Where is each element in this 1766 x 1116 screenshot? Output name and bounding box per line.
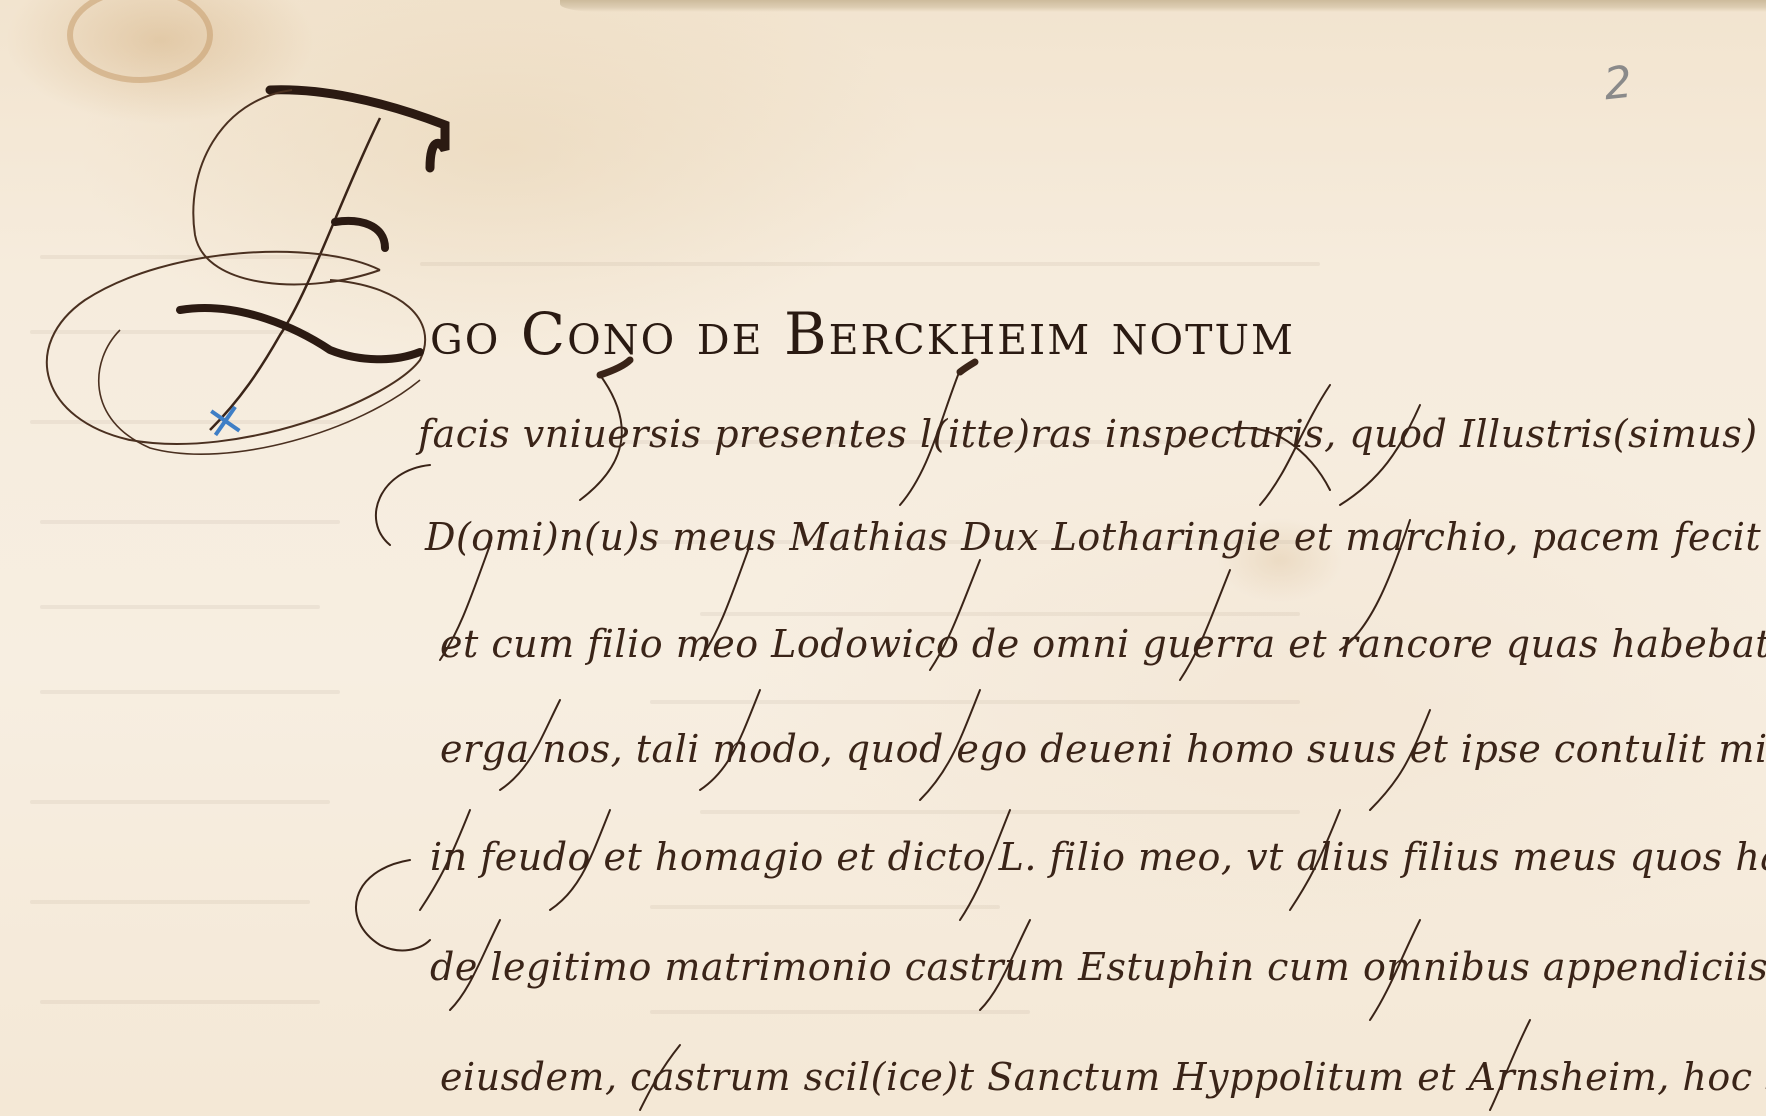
text-line-2: D(omi)n(u)s meus Mathias Dux Lotharingie… [425, 515, 1766, 559]
heading-line: go Cono de Berckheim notum [430, 300, 1295, 368]
text-line-7: eiusdem, castrum scil(ice)t Sanctum Hypp… [440, 1055, 1766, 1099]
text-line-1: facis vniuersis presentes l(itte)ras ins… [418, 412, 1766, 456]
torn-top-edge [560, 0, 1766, 12]
text-line-5: in feudo et homagio et dicto L. filio me… [430, 835, 1766, 879]
heading-text: go Cono de Berckheim notum [430, 300, 1295, 368]
folio-number: 2 [1601, 57, 1634, 111]
text-line-4: erga nos, tali modo, quod ego deueni hom… [440, 727, 1766, 771]
manuscript-page: 2 × go Cono de Berckheim notum [0, 0, 1766, 1116]
text-line-3: et cum filio meo Lodowico de omni guerra… [440, 622, 1766, 666]
text-line-6: de legitimo matrimonio castrum Estuphin … [430, 945, 1766, 989]
